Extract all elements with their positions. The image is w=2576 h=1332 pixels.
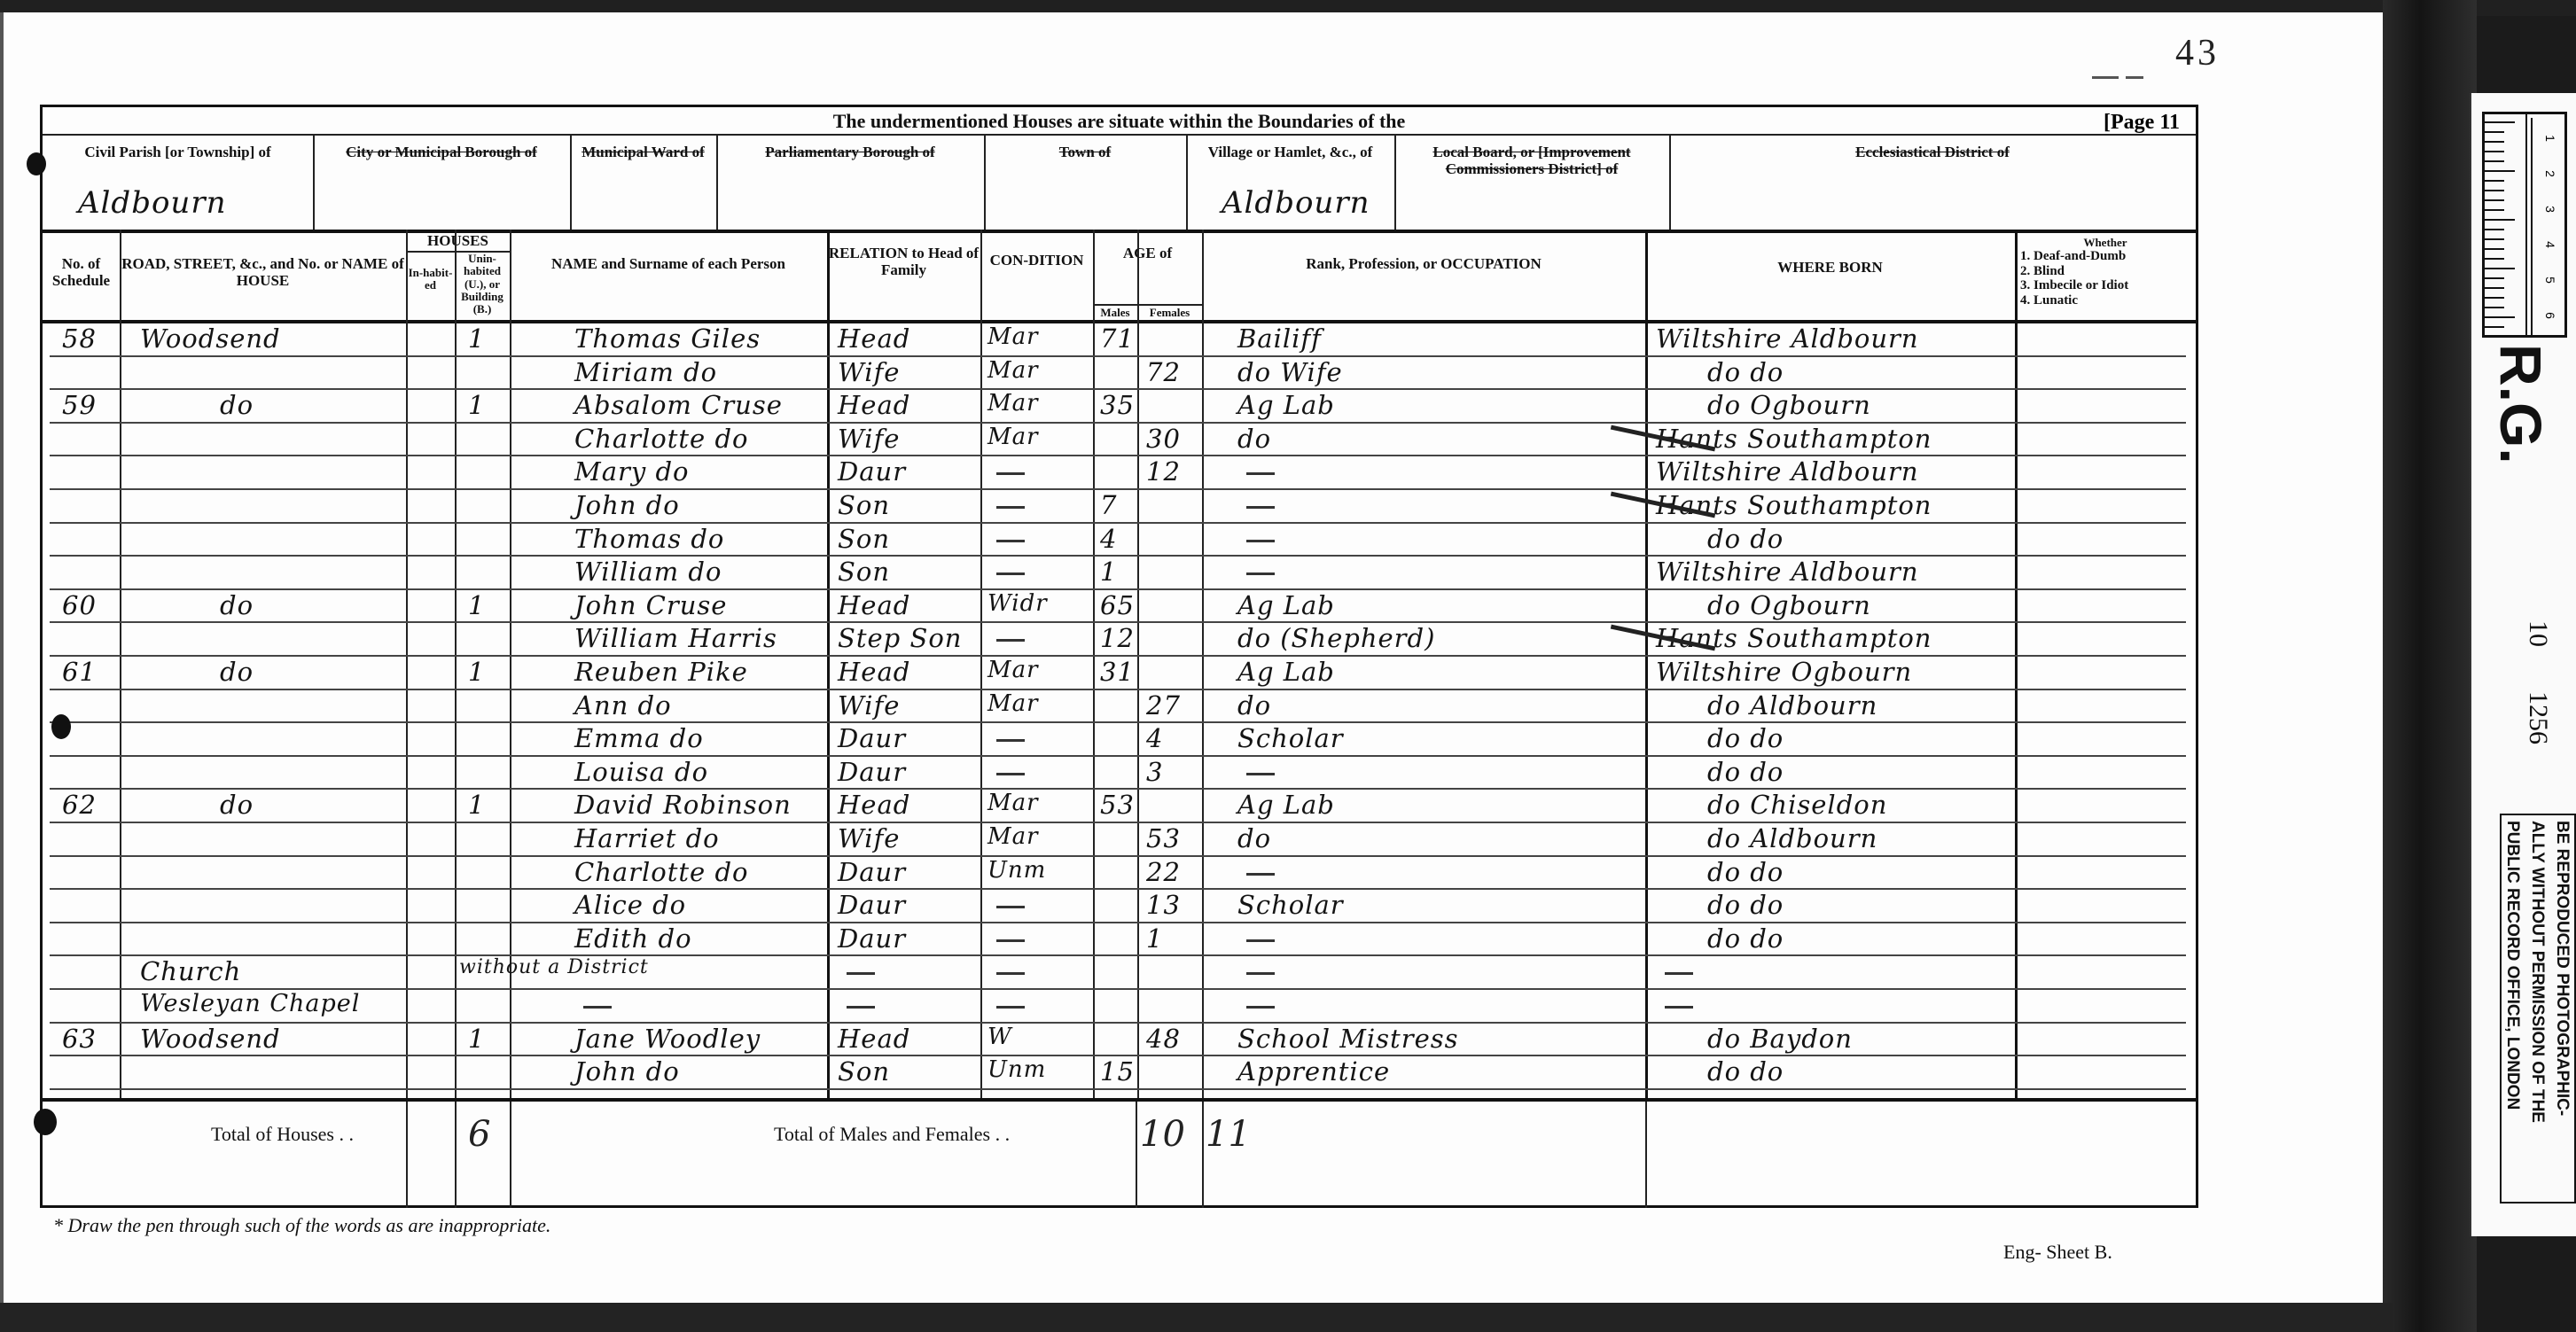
table-row [43,990,2196,1024]
ruler-tick [2485,190,2504,191]
schedule-number: 60 [62,590,97,620]
male-age: 71 [1100,323,1135,354]
total-males-value: 10 [1140,1114,1185,1155]
female-age: 22 [1146,857,1181,887]
ruler-tick [2485,297,2504,299]
relation: Son [838,524,890,554]
relation: Wife [838,424,900,454]
boundary-divider [1394,134,1396,230]
condition-dash [996,773,1025,775]
birthplace: do Chiseldon [1707,790,1887,820]
column-divider [1136,1098,1137,1208]
header-where-born: WHERE BORN [1645,260,2015,277]
header-name: NAME and Surname of each Person [510,256,827,273]
ruler-tick [2485,268,2515,269]
birthplace-dash [1665,1006,1693,1009]
person-name: Mary do [574,456,689,487]
boundary-label: Local Board, or [Improvement Commissione… [1400,144,1664,177]
relation: Head [838,657,910,687]
ruler-tick [2485,316,2515,318]
inhabited-count: 1 [468,323,485,354]
dash-mark [2126,76,2143,79]
male-age: 1 [1100,557,1117,587]
ruler-tick [2485,277,2504,279]
occupation: School Mistress [1237,1024,1459,1054]
person-name: Absalom Cruse [574,390,783,420]
male-age: 35 [1100,390,1135,420]
female-age: 27 [1146,690,1181,721]
class-number: 10 [2523,620,2553,647]
person-name: John do [574,1056,680,1087]
dash-mark [2092,76,2119,79]
person-name: John do [574,490,680,520]
ruler-number: 6 [2531,295,2568,336]
inhabited-count: 1 [468,657,485,687]
person-name: David Robinson [574,790,792,820]
condition-dash [996,540,1025,542]
relation: Daur [838,757,906,787]
column-divider [406,1098,408,1208]
birthplace: do do [1707,890,1784,920]
occupation: Ag Lab [1237,790,1335,820]
condition-dash [996,972,1025,975]
relation: Daur [838,857,906,887]
ruler-tick [2485,307,2504,308]
birthplace: do Ogbourn [1707,590,1871,620]
relation-dash [847,1006,875,1009]
boundary-label: Parliamentary Borough of [722,144,979,161]
road-name: Woodsend [140,323,281,354]
occupation-dash [1246,1006,1275,1009]
occupation: Ag Lab [1237,657,1335,687]
condition-dash [996,639,1025,642]
ruler-tick [2485,199,2504,201]
occupation: Scholar [1237,890,1344,920]
inhabited-count: 1 [468,390,485,420]
male-age: 7 [1100,490,1117,520]
condition: Mar [987,790,1039,816]
birthplace: do do [1707,757,1784,787]
female-age: 12 [1146,456,1181,487]
condition-dash [996,906,1025,908]
table-row [43,1024,2196,1057]
person-name: Miriam do [574,357,717,387]
person-name: Thomas do [574,524,724,554]
column-divider [455,1098,457,1208]
person-name: Jane Woodley [574,1024,761,1054]
birthplace: Wiltshire Ogbourn [1656,657,1912,687]
male-age: 4 [1100,524,1117,554]
table-row [43,956,2196,990]
relation: Head [838,590,910,620]
inhabited-count: 1 [468,790,485,820]
female-age: 1 [1146,923,1163,954]
birthplace: do do [1707,923,1784,954]
occupation-dash [1246,773,1275,775]
boundary-label: City or Municipal Borough of [318,144,565,161]
person-name: John Cruse [574,590,727,620]
occupation-dash [1246,506,1275,509]
person-name: without a District [459,956,649,978]
ruler-tick [2485,287,2504,289]
header-inhabited: In-habit-ed [406,267,455,292]
occupation: Ag Lab [1237,590,1335,620]
condition: Mar [987,657,1039,683]
occupation: Scholar [1237,723,1344,753]
birthplace: do Ogbourn [1707,390,1871,420]
boundary-label: Ecclesiastical District of [1674,144,2190,161]
occupation: Ag Lab [1237,390,1335,420]
boundary-value: Aldbourn [78,185,226,221]
person-name: William Harris [574,623,777,653]
birthplace: Wiltshire Aldbourn [1656,456,1919,487]
header-females: Females [1137,307,1202,319]
copyright-line: ALLY WITHOUT PERMISSION OF THE [2525,821,2549,1202]
condition: Mar [987,323,1039,350]
condition: Unm [987,857,1046,884]
relation: Head [838,323,910,354]
male-age: 12 [1100,623,1135,653]
header-infirmity-item: 2. Blind [2020,264,2190,279]
header-infirmity-title: Whether [2020,237,2190,249]
person-name: William do [574,557,722,587]
birthplace: do do [1707,857,1784,887]
condition: Mar [987,823,1039,850]
relation: Head [838,790,910,820]
copyright-line: BE REPRODUCED PHOTOGRAPHIC- [2549,821,2574,1202]
ruler-tick [2485,219,2515,221]
person-name: Ann do [574,690,672,721]
female-age: 72 [1146,357,1181,387]
occupation-dash [1246,472,1275,475]
header-houses: HOUSES [406,233,510,250]
female-age: 53 [1146,823,1181,853]
birthplace: do Baydon [1707,1024,1853,1054]
boundary-label: Civil Parish [or Township] of [48,144,308,161]
occupation: do Wife [1237,357,1343,387]
birthplace: do do [1707,723,1784,753]
condition-dash [996,573,1025,575]
header-schedule: No. of Schedule [43,256,120,289]
person-name: Emma do [574,723,704,753]
condition: Mar [987,424,1039,450]
total-houses-label: Total of Houses . . [211,1123,354,1146]
header-infirmity-item: 3. Imbecile or Idiot [2020,278,2190,293]
relation: Wife [838,823,900,853]
ruler-tick [2485,258,2504,260]
condition-dash [996,1006,1025,1009]
occupation-dash [1246,573,1275,575]
header-infirmity-item: 1. Deaf-and-Dumb [2020,249,2190,264]
schedule-number: 61 [62,657,97,687]
boundary-divider [716,134,718,230]
ink-blot [51,714,71,739]
ruler-tick [2485,131,2504,133]
scale-ruler: 123456 [2482,112,2567,338]
ruler-divider [2525,114,2527,335]
condition: Unm [987,1056,1046,1083]
condition-dash [996,506,1025,509]
occupation-dash [1246,972,1275,975]
person-name: Edith do [574,923,692,954]
schedule-number: 59 [62,390,97,420]
divider [43,230,2196,233]
birthplace: do do [1707,1056,1784,1087]
road-name: do [220,590,254,620]
table-row [43,524,2196,557]
birthplace: Wiltshire Aldbourn [1656,323,1919,354]
birthplace: do Aldbourn [1707,823,1877,853]
scan-gutter [2383,0,2477,1332]
schedule-number: 63 [62,1024,97,1054]
female-age: 4 [1146,723,1163,753]
piece-number: 1256 [2523,691,2553,744]
person-name: Louisa do [574,757,708,787]
road-name: Wesleyan Chapel [140,990,360,1017]
condition: Widr [987,590,1048,617]
table-row [43,723,2196,757]
ruler-tick [2485,170,2515,172]
schedule-number: 62 [62,790,97,820]
column-divider [510,1098,511,1208]
occupation-dash [1246,873,1275,876]
table-row [43,757,2196,791]
relation: Head [838,1024,910,1054]
scan-border-bottom [0,1303,2393,1332]
person-name: Charlotte do [574,424,748,454]
relation: Son [838,1056,890,1087]
relation-dash [847,972,875,975]
table-row [43,857,2196,891]
condition: Mar [987,690,1039,717]
person-name: Reuben Pike [574,657,748,687]
ruler-tick [2485,141,2504,143]
divider [43,134,2196,136]
person-name: Alice do [574,890,686,920]
header-road: ROAD, STREET, &c., and No. or NAME of HO… [120,256,406,289]
boundary-label: Village or Hamlet, &c., of [1191,144,1389,161]
road-name: Church [140,956,241,986]
person-name-dash [583,1006,612,1009]
relation: Son [838,490,890,520]
male-age: 31 [1100,657,1135,687]
ink-blot [27,152,46,175]
female-age: 30 [1146,424,1181,454]
table-row [43,890,2196,923]
ruler-tick [2485,209,2504,211]
column-divider [1645,1098,1647,1208]
schedule-number: 58 [62,323,97,354]
female-age: 3 [1146,757,1163,787]
footnote: * Draw the pen through such of the words… [53,1214,550,1237]
condition: Mar [987,390,1039,417]
boundary-divider [1669,134,1671,230]
table-row [43,923,2196,957]
boundary-divider [313,134,315,230]
occupation: do (Shepherd) [1237,623,1435,653]
header-uninhabited: Unin-habited (U.), or Building (B.) [455,253,510,315]
header-condition: CON-DITION [980,253,1093,269]
condition: W [987,1024,1012,1050]
relation: Step Son [838,623,962,653]
header-infirmity-item: 4. Lunatic [2020,293,2190,308]
person-name: Charlotte do [574,857,748,887]
header-males: Males [1093,307,1137,319]
road-name: do [220,390,254,420]
birthplace: Hants Southampton [1656,424,1932,454]
condition-dash [996,939,1025,942]
occupation-dash [1246,540,1275,542]
boundary-value: Aldbourn [1222,185,1370,221]
condition-dash [996,472,1025,475]
relation: Wife [838,357,900,387]
ruler-tick [2485,248,2504,250]
ruler-tick [2485,238,2504,240]
total-persons-label: Total of Males and Females . . [774,1123,1010,1146]
ruler-tick [2485,151,2504,152]
road-name: do [220,657,254,687]
inhabited-count: 1 [468,590,485,620]
occupation: do [1237,424,1271,454]
occupation-dash [1246,939,1275,942]
birthplace: do Aldbourn [1707,690,1877,721]
occupation: do [1237,690,1271,721]
boundary-divider [984,134,986,230]
female-age: 13 [1146,890,1181,920]
total-houses-value: 6 [468,1114,490,1155]
person-name: Harriet do [574,823,720,853]
column-divider [1202,1098,1204,1208]
copyright-notice: BE REPRODUCED PHOTOGRAPHIC-ALLY WITHOUT … [2500,814,2576,1203]
relation: Daur [838,456,906,487]
road-name: do [220,790,254,820]
sheet-label: Eng- Sheet B. [2003,1241,2112,1264]
female-age: 48 [1146,1024,1181,1054]
birthplace: do do [1707,524,1784,554]
relation: Head [838,390,910,420]
header-occupation: Rank, Profession, or OCCUPATION [1202,256,1645,273]
folio-number: 43 [2175,32,2220,74]
ruler-tick [2485,160,2504,162]
series-code: R.G. [2487,344,2555,464]
form-title: The undermentioned Houses are situate wi… [43,111,2196,132]
relation: Daur [838,723,906,753]
header-infirmity: Whether1. Deaf-and-Dumb2. Blind3. Imbeci… [2020,237,2190,308]
birthplace: Hants Southampton [1656,623,1932,653]
occupation: do [1237,823,1271,853]
boundary-divider [1186,134,1188,230]
page-label: [Page 11 [2104,111,2180,135]
header-age: AGE of [1093,245,1202,262]
ink-blot [34,1109,57,1135]
inhabited-count: 1 [468,1024,485,1054]
birthplace: do do [1707,357,1784,387]
relation: Wife [838,690,900,721]
total-females-value: 11 [1206,1114,1251,1155]
ruler-tick [2485,121,2515,123]
condition-dash [996,739,1025,742]
header-relation: RELATION to Head of Family [827,245,980,278]
birthplace: Wiltshire Aldbourn [1656,557,1919,587]
male-age: 53 [1100,790,1135,820]
table-row [43,357,2196,391]
boundary-label: Town of [989,144,1181,161]
birthplace: Hants Southampton [1656,490,1932,520]
totals-divider [43,1098,2196,1102]
relation: Son [838,557,890,587]
male-age: 15 [1100,1056,1135,1087]
male-age: 65 [1100,590,1135,620]
ruler-tick [2485,326,2504,328]
condition: Mar [987,357,1039,384]
person-name: Thomas Giles [574,323,761,354]
relation: Daur [838,890,906,920]
relation: Daur [838,923,906,954]
road-name: Woodsend [140,1024,281,1054]
boundary-divider [570,134,572,230]
copyright-line: PUBLIC RECORD OFFICE, LONDON [2500,821,2525,1202]
ruler-tick [2485,229,2504,230]
birthplace-dash [1665,972,1693,975]
boundary-label: Municipal Ward of [575,144,711,161]
census-form: The undermentioned Houses are situate wi… [40,105,2198,1208]
ruler-tick [2485,180,2504,182]
occupation: Bailiff [1237,323,1322,354]
occupation: Apprentice [1237,1056,1390,1087]
